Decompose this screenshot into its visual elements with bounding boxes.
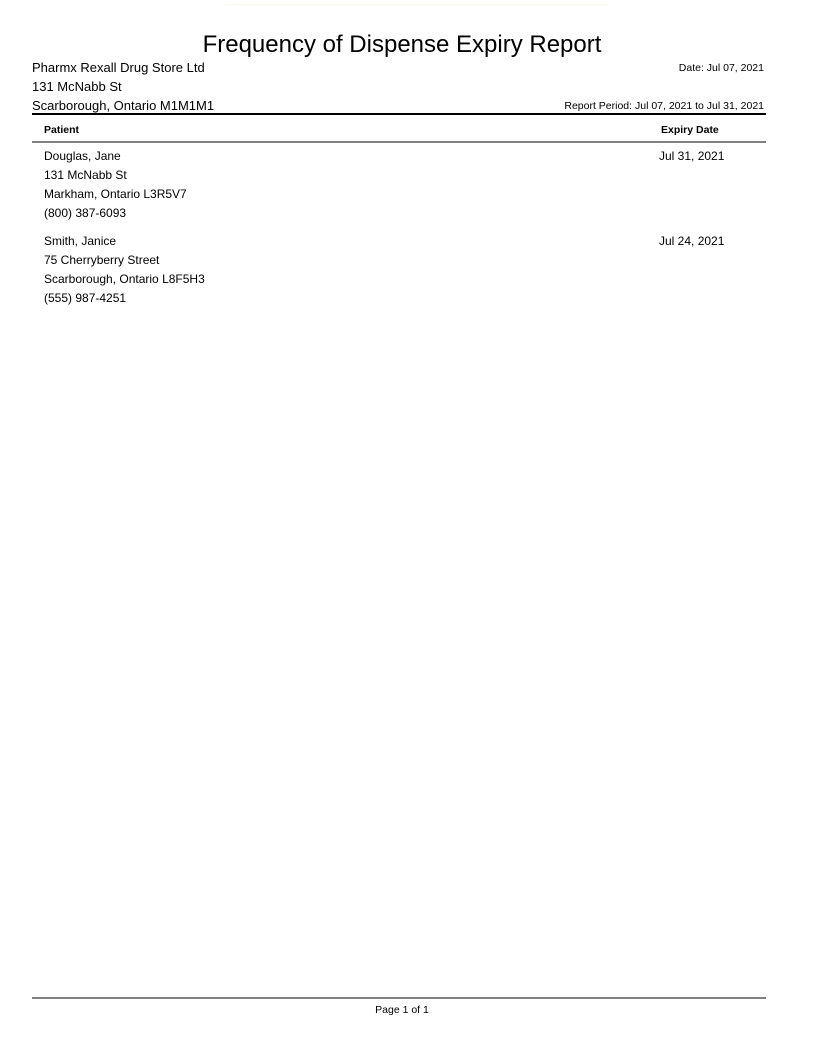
report-date: Date: Jul 07, 2021: [679, 61, 764, 75]
header-rule: [32, 113, 766, 115]
store-city: Scarborough, Ontario M1M1M1: [32, 98, 214, 114]
page-number: Page 1 of 1: [0, 1003, 804, 1017]
column-header-rule: [32, 141, 766, 143]
patient-phone: (555) 987-4251: [44, 289, 764, 308]
footer-rule: [32, 997, 766, 999]
patient-name: Smith, Janice: [44, 232, 764, 251]
patient-address: 131 McNabb St: [44, 166, 764, 185]
expiry-date: Jul 31, 2021: [659, 147, 724, 166]
column-header-expiry-date: Expiry Date: [661, 123, 719, 137]
store-address: 131 McNabb St: [32, 79, 122, 95]
header-divider: [225, 4, 610, 5]
column-header-patient: Patient: [44, 123, 79, 137]
report-period: Report Period: Jul 07, 2021 to Jul 31, 2…: [564, 99, 764, 113]
report-title: Frequency of Dispense Expiry Report: [0, 30, 804, 60]
table-row: Douglas, Jane 131 McNabb St Markham, Ont…: [44, 147, 764, 223]
expiry-date: Jul 24, 2021: [659, 232, 724, 251]
table-row: Smith, Janice 75 Cherryberry Street Scar…: [44, 232, 764, 308]
patient-address: 75 Cherryberry Street: [44, 251, 764, 270]
patient-phone: (800) 387-6093: [44, 204, 764, 223]
patient-name: Douglas, Jane: [44, 147, 764, 166]
patient-city: Markham, Ontario L3R5V7: [44, 185, 764, 204]
store-name: Pharmx Rexall Drug Store Ltd: [32, 60, 205, 76]
patient-city: Scarborough, Ontario L8F5H3: [44, 270, 764, 289]
